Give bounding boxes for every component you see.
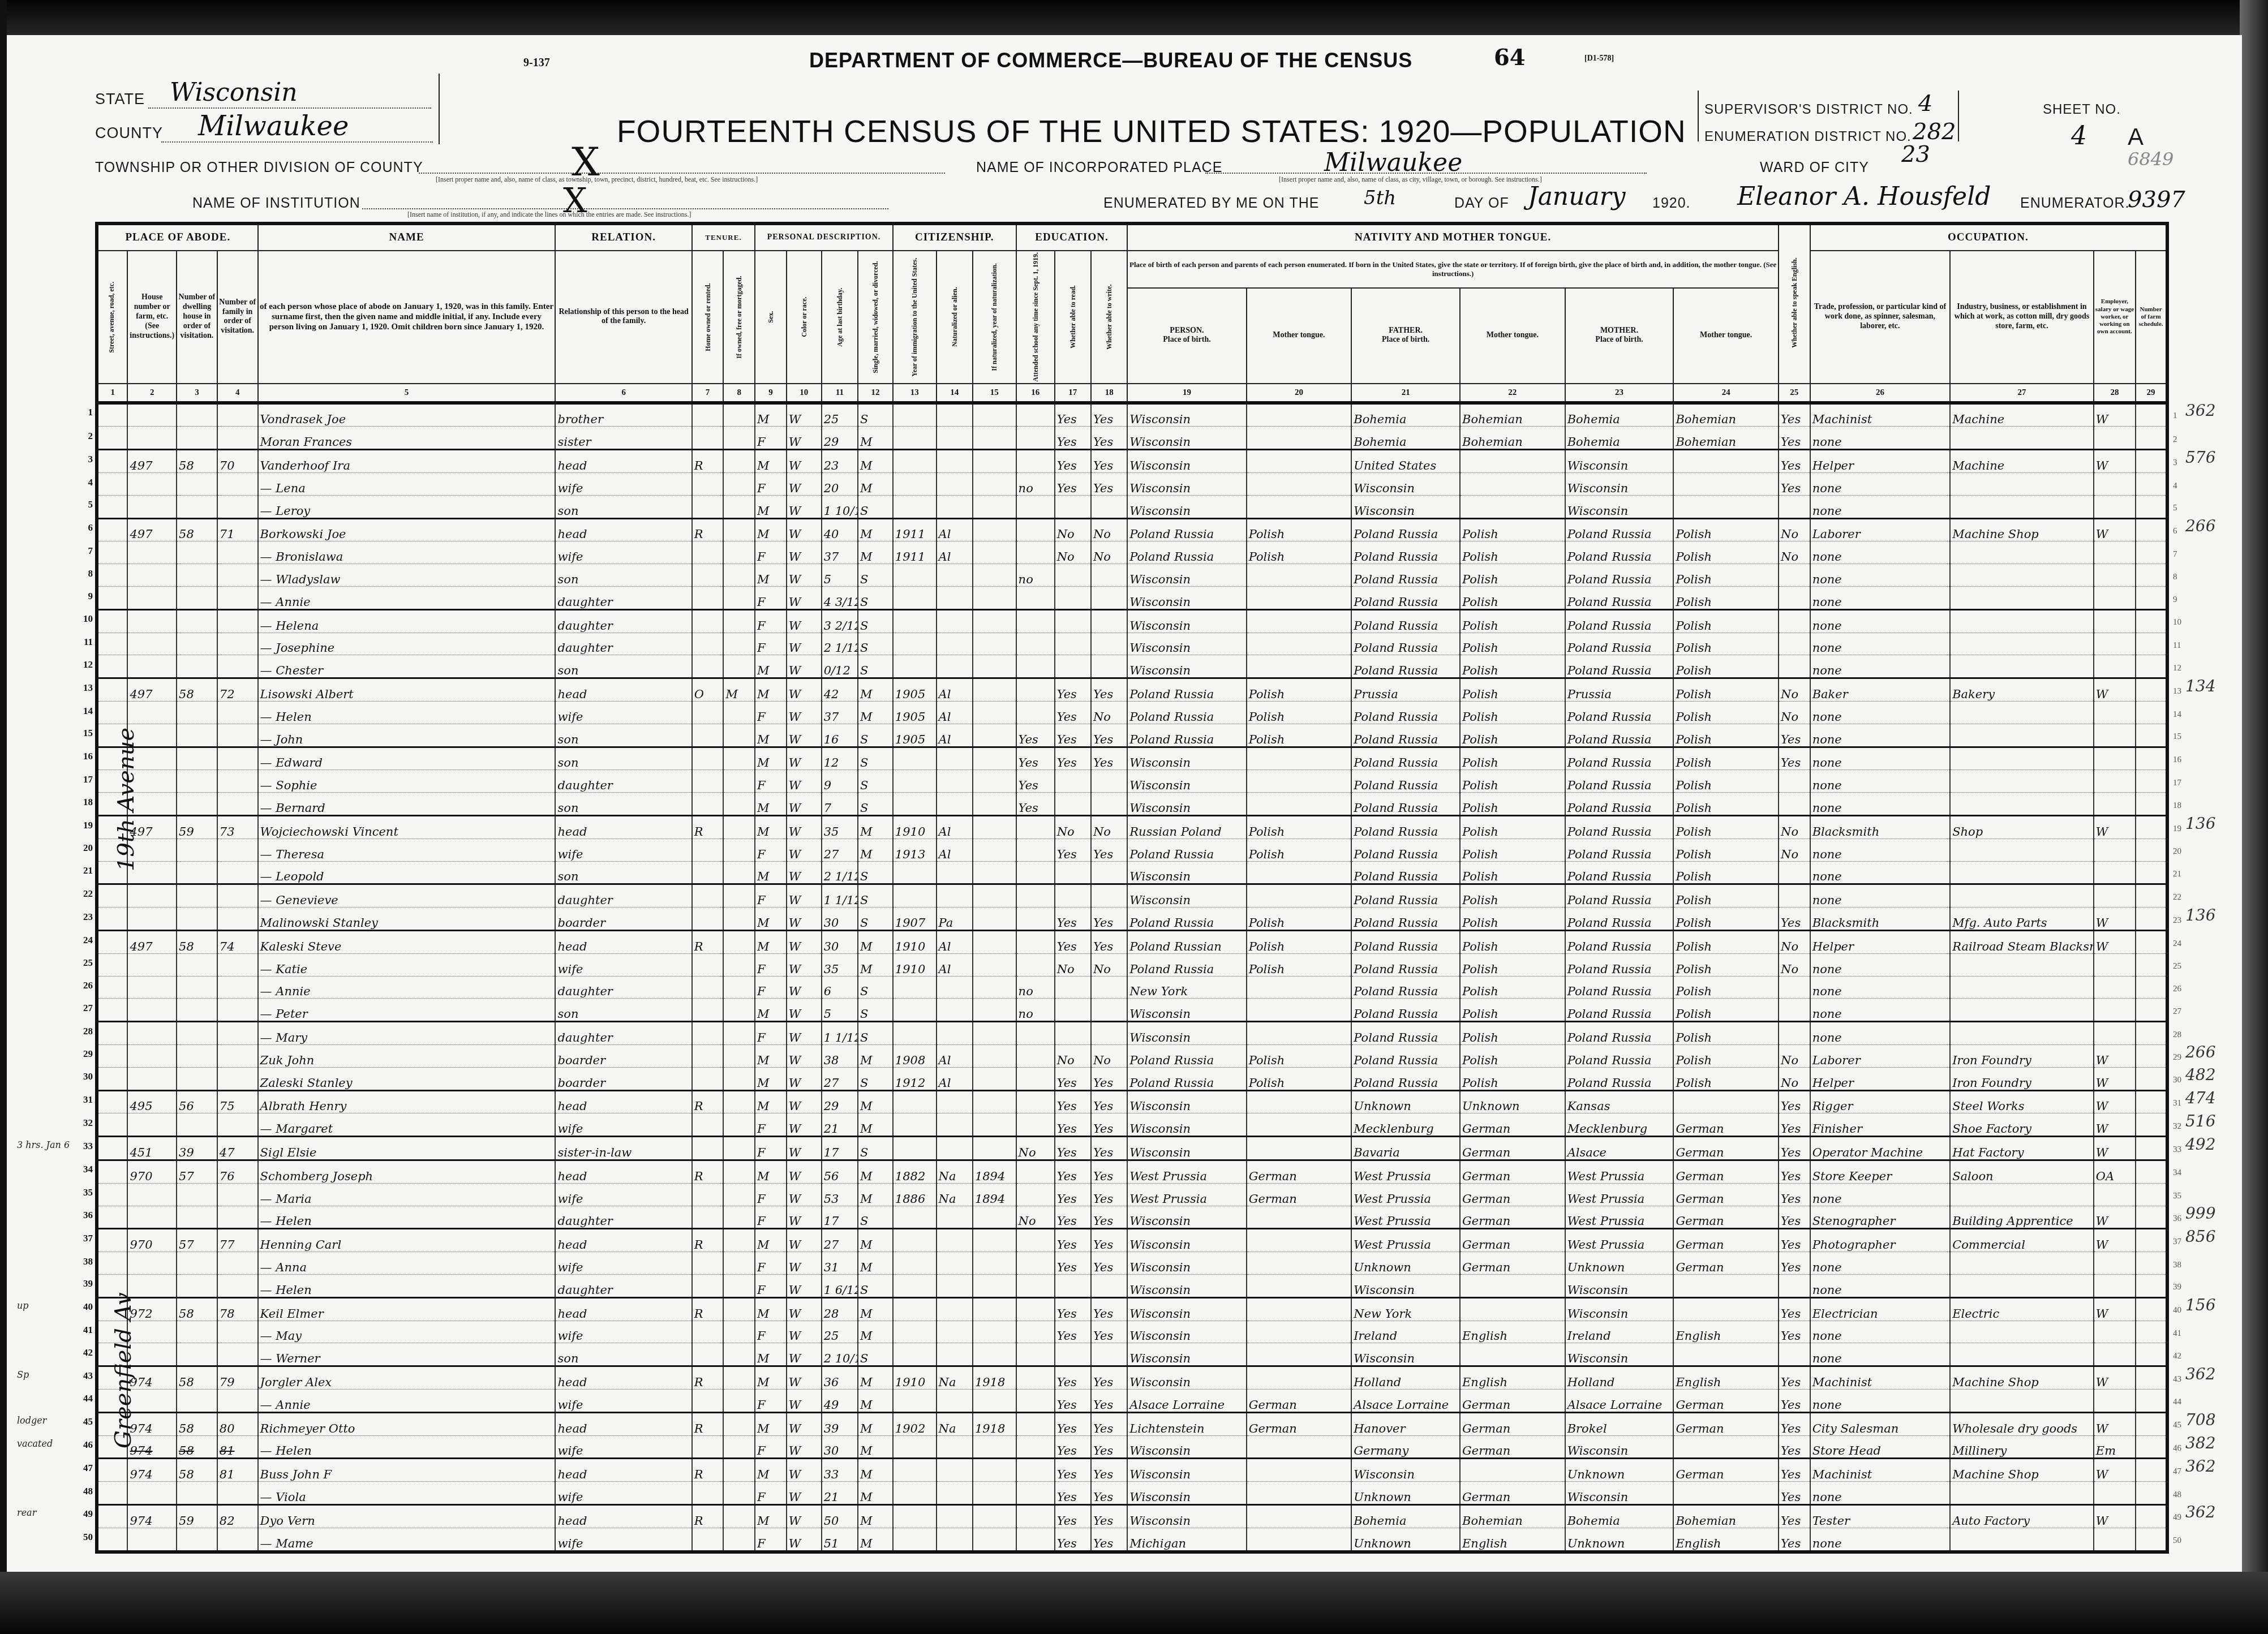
age-cell: 2 1/12 — [822, 861, 858, 884]
farm-schedule-cell — [2136, 1297, 2167, 1321]
employer-class-cell — [2094, 953, 2136, 976]
home-tenure-cell: R — [692, 1504, 724, 1528]
write-cell — [1091, 1343, 1127, 1366]
birthplace-cell: Wisconsin — [1127, 450, 1246, 473]
mother-mother-tongue-cell: Polish — [1673, 609, 1779, 633]
street-cell — [97, 541, 127, 564]
mother-mother-tongue-cell: Polish — [1673, 953, 1779, 976]
read-cell: No — [1055, 816, 1091, 839]
speaks-english-cell: Yes — [1779, 1459, 1810, 1482]
read-cell: Yes — [1055, 678, 1091, 702]
father-birthplace-cell: Prussia — [1351, 678, 1460, 702]
marital-status-cell: M — [858, 1252, 893, 1275]
immigration-year-cell — [893, 1229, 937, 1252]
school-cell — [1016, 1321, 1055, 1343]
father-tongue-cell: German — [1460, 1183, 1565, 1206]
naturalization-cell — [937, 1482, 973, 1505]
father-birthplace-cell: Bohemia — [1351, 427, 1460, 450]
naturalization-cell — [937, 793, 973, 816]
mother-birthplace-cell: Poland Russia — [1565, 747, 1674, 770]
home-tenure-cell — [692, 427, 724, 450]
mortgage-cell — [723, 1183, 755, 1206]
street-cell — [97, 1090, 127, 1113]
read-cell: Yes — [1055, 1435, 1091, 1459]
age-cell: 1 1/12 — [822, 1022, 858, 1045]
line-number: 32 — [74, 1117, 93, 1129]
street-cell — [97, 976, 127, 999]
school-cell — [1016, 1229, 1055, 1252]
age-cell: 12 — [822, 747, 858, 770]
father-tongue-cell: German — [1460, 1137, 1565, 1160]
home-tenure-cell — [692, 495, 724, 518]
house-number-cell — [127, 427, 177, 450]
line-number-right: 37 — [2173, 1237, 2181, 1247]
header-age: Age at last birthday. — [822, 251, 858, 384]
school-cell — [1016, 403, 1055, 427]
mother-birthplace-cell: Poland Russia — [1565, 861, 1674, 884]
naturalization-year-cell — [973, 564, 1016, 587]
naturalization-year-cell — [973, 1229, 1016, 1252]
street-cell — [97, 1528, 127, 1551]
read-cell — [1055, 1343, 1091, 1366]
street-cell — [97, 564, 127, 587]
relation-cell: head — [555, 1412, 691, 1435]
line-number-right: 2 — [2173, 435, 2177, 445]
marital-status-cell: M — [858, 541, 893, 564]
mother-mother-tongue-cell: Polish — [1673, 587, 1779, 610]
employer-class-cell: W — [2094, 1206, 2136, 1229]
farm-schedule-cell — [2136, 450, 2167, 473]
age-cell: 3 2/12 — [822, 609, 858, 633]
immigration-year-cell — [893, 1389, 937, 1412]
father-tongue-cell: Polish — [1460, 793, 1565, 816]
line-number: 39 — [74, 1278, 93, 1289]
line-number: 13 — [74, 682, 93, 694]
line-number: 42 — [74, 1347, 93, 1358]
relation-cell: wife — [555, 473, 691, 496]
mother-mother-tongue-cell: Polish — [1673, 633, 1779, 655]
mortgage-cell — [723, 770, 755, 793]
farm-schedule-cell — [2136, 427, 2167, 450]
mortgage-cell — [723, 1528, 755, 1551]
father-tongue-cell: German — [1460, 1229, 1565, 1252]
race-cell: W — [787, 1206, 822, 1229]
industry-cell: Millinery — [1950, 1435, 2094, 1459]
birthplace-cell: Russian Poland — [1127, 816, 1246, 839]
person-name-cell: — Leroy — [258, 495, 556, 518]
father-birthplace-cell: Unknown — [1351, 1252, 1460, 1275]
race-cell: W — [787, 838, 822, 861]
read-cell: Yes — [1055, 1366, 1091, 1390]
trade-cell: none — [1810, 838, 1950, 861]
naturalization-cell — [937, 770, 973, 793]
marital-status-cell: M — [858, 1229, 893, 1252]
house-number-cell — [127, 495, 177, 518]
house-number-cell: 497 — [127, 678, 177, 702]
write-cell: Yes — [1091, 1206, 1127, 1229]
person-name-cell: — Helen — [258, 702, 556, 724]
speaks-english-cell: Yes — [1779, 1389, 1810, 1412]
birthplace-cell: Wisconsin — [1127, 884, 1246, 908]
father-birthplace-cell: Unknown — [1351, 1090, 1460, 1113]
mother-mother-tongue-cell: English — [1673, 1366, 1779, 1390]
sex-cell: M — [755, 1067, 787, 1090]
read-cell: Yes — [1055, 1504, 1091, 1528]
dwelling-number-cell — [177, 1528, 217, 1551]
line-number-right: 48 — [2173, 1490, 2181, 1500]
person-name-cell: — Bronislawa — [258, 541, 556, 564]
column-number: 15 — [973, 384, 1016, 403]
farm-schedule-cell — [2136, 747, 2167, 770]
write-cell — [1091, 564, 1127, 587]
age-cell: 9 — [822, 770, 858, 793]
employer-class-cell: W — [2094, 1459, 2136, 1482]
family-number-cell — [217, 1528, 258, 1551]
person-name-cell: — Josephine — [258, 633, 556, 655]
father-tongue-cell: Polish — [1460, 816, 1565, 839]
line-number: 27 — [74, 1003, 93, 1014]
employer-class-cell: W — [2094, 1067, 2136, 1090]
mother-mother-tongue-cell: German — [1673, 1459, 1779, 1482]
occupation-code: 362 — [2185, 1457, 2215, 1476]
father-tongue-cell: Polish — [1460, 609, 1565, 633]
mother-birthplace-cell: Wisconsin — [1565, 1297, 1674, 1321]
house-number-cell — [127, 999, 177, 1022]
industry-cell — [1950, 633, 2094, 655]
naturalization-year-cell — [973, 609, 1016, 633]
trade-cell: none — [1810, 1022, 1950, 1045]
marital-status-cell: S — [858, 1022, 893, 1045]
family-number-cell — [217, 1482, 258, 1505]
naturalization-cell — [937, 747, 973, 770]
write-cell: Yes — [1091, 838, 1127, 861]
marital-status-cell: M — [858, 1504, 893, 1528]
farm-schedule-cell — [2136, 678, 2167, 702]
column-number: 5 — [258, 384, 556, 403]
birthplace-cell: West Prussia — [1127, 1183, 1246, 1206]
mother-tongue-cell: Polish — [1247, 838, 1352, 861]
person-name-cell: — Margaret — [258, 1113, 556, 1137]
age-cell: 37 — [822, 702, 858, 724]
speaks-english-cell: Yes — [1779, 1090, 1810, 1113]
mother-mother-tongue-cell: English — [1673, 1321, 1779, 1343]
home-tenure-cell — [692, 724, 724, 747]
write-cell: No — [1091, 702, 1127, 724]
dwelling-number-cell: 58 — [177, 1297, 217, 1321]
house-number-cell — [127, 1113, 177, 1137]
school-cell: no — [1016, 999, 1055, 1022]
age-cell: 4 3/12 — [822, 587, 858, 610]
birthplace-cell: Wisconsin — [1127, 473, 1246, 496]
person-name-cell: Dyo Vern — [258, 1504, 556, 1528]
mortgage-cell — [723, 724, 755, 747]
naturalization-cell: Na — [937, 1183, 973, 1206]
line-number-right: 3 — [2173, 458, 2177, 468]
school-cell — [1016, 633, 1055, 655]
marital-status-cell: S — [858, 999, 893, 1022]
dwelling-number-cell — [177, 976, 217, 999]
naturalization-cell — [937, 1137, 973, 1160]
farm-schedule-cell — [2136, 1459, 2167, 1482]
father-birthplace-cell: Wisconsin — [1351, 1343, 1460, 1366]
mother-mother-tongue-cell: English — [1673, 1528, 1779, 1551]
naturalization-cell: Al — [937, 541, 973, 564]
line-number-right: 17 — [2173, 779, 2181, 788]
mother-birthplace-cell: West Prussia — [1565, 1183, 1674, 1206]
school-cell — [1016, 427, 1055, 450]
column-number: 22 — [1460, 384, 1565, 403]
trade-cell: none — [1810, 541, 1950, 564]
mother-tongue-cell — [1247, 770, 1352, 793]
father-birthplace-cell: Poland Russia — [1351, 609, 1460, 633]
trade-cell: Baker — [1810, 678, 1950, 702]
naturalization-cell — [937, 1343, 973, 1366]
occupation-code: 136 — [2185, 814, 2215, 833]
age-cell: 27 — [822, 1229, 858, 1252]
header-name-description: of each person whose place of abode on J… — [258, 251, 556, 384]
farm-schedule-cell — [2136, 1504, 2167, 1528]
race-cell: W — [787, 702, 822, 724]
family-number-cell: 79 — [217, 1366, 258, 1390]
birthplace-cell: Wisconsin — [1127, 609, 1246, 633]
family-number-cell — [217, 908, 258, 931]
occupation-code: 266 — [2185, 1043, 2215, 1061]
mother-mother-tongue-cell: Bohemian — [1673, 427, 1779, 450]
census-row: — MarydaughterFW1 1/12SWisconsinPoland R… — [97, 1022, 2167, 1045]
read-cell: Yes — [1055, 1412, 1091, 1435]
school-cell — [1016, 1528, 1055, 1551]
farm-schedule-cell — [2136, 702, 2167, 724]
age-cell: 23 — [822, 450, 858, 473]
person-name-cell: — Helena — [258, 609, 556, 633]
census-population-table: PLACE OF ABODE. NAME RELATION. TENURE. P… — [95, 222, 2169, 1554]
home-tenure-cell — [692, 702, 724, 724]
relation-cell: son — [555, 495, 691, 518]
header-free-mortgaged: If owned, free or mortgaged. — [723, 251, 755, 384]
farm-schedule-cell — [2136, 1206, 2167, 1229]
line-number: 2 — [74, 431, 93, 442]
age-cell: 35 — [822, 953, 858, 976]
house-number-cell — [127, 1206, 177, 1229]
read-cell — [1055, 793, 1091, 816]
relation-cell: wife — [555, 1435, 691, 1459]
naturalization-cell: Al — [937, 816, 973, 839]
street-cell — [97, 427, 127, 450]
street-cell — [97, 1206, 127, 1229]
street-cell — [97, 495, 127, 518]
family-number-cell — [217, 976, 258, 999]
trade-cell: none — [1810, 747, 1950, 770]
state-county-box-edge — [439, 74, 440, 144]
mother-mother-tongue-cell: German — [1673, 1113, 1779, 1137]
mother-tongue-cell — [1247, 1113, 1352, 1137]
read-cell: No — [1055, 1044, 1091, 1067]
birthplace-cell: Wisconsin — [1127, 747, 1246, 770]
race-cell: W — [787, 908, 822, 931]
mother-mother-tongue-cell: Polish — [1673, 838, 1779, 861]
occupation-code: 266 — [2185, 517, 2215, 535]
line-number: 4 — [74, 477, 93, 488]
father-tongue-cell — [1460, 495, 1565, 518]
age-cell: 2 10/12 — [822, 1343, 858, 1366]
race-cell: W — [787, 816, 822, 839]
relation-cell: boarder — [555, 1067, 691, 1090]
house-number-cell — [127, 473, 177, 496]
school-cell — [1016, 1459, 1055, 1482]
school-cell — [1016, 931, 1055, 954]
birthplace-cell: Wisconsin — [1127, 1137, 1246, 1160]
dwelling-number-cell: 58 — [177, 1412, 217, 1435]
immigration-year-cell: 1913 — [893, 838, 937, 861]
dwelling-number-cell — [177, 633, 217, 655]
father-tongue-cell — [1460, 1343, 1565, 1366]
industry-cell — [1950, 1343, 2094, 1366]
census-row: — MariawifeFW53M1886Na1894YesYesWest Pru… — [97, 1183, 2167, 1206]
mother-tongue-cell — [1247, 1090, 1352, 1113]
home-tenure-cell — [692, 1274, 724, 1297]
person-name-cell: — Maria — [258, 1183, 556, 1206]
age-cell: 17 — [822, 1137, 858, 1160]
sex-cell: M — [755, 1343, 787, 1366]
census-row: — TheresawifeFW27M1913AlYesYesPoland Rus… — [97, 838, 2167, 861]
trade-cell: none — [1810, 702, 1950, 724]
read-cell: Yes — [1055, 1528, 1091, 1551]
industry-cell — [1950, 655, 2094, 678]
read-cell: Yes — [1055, 1229, 1091, 1252]
father-tongue-cell — [1460, 1274, 1565, 1297]
industry-cell — [1950, 838, 2094, 861]
father-tongue-cell: Polish — [1460, 587, 1565, 610]
mother-mother-tongue-cell: Polish — [1673, 702, 1779, 724]
employer-class-cell — [2094, 633, 2136, 655]
line-number-right: 14 — [2173, 710, 2181, 720]
school-cell — [1016, 541, 1055, 564]
house-number-cell: 495 — [127, 1090, 177, 1113]
father-birthplace-cell: West Prussia — [1351, 1206, 1460, 1229]
father-tongue-cell: Polish — [1460, 747, 1565, 770]
immigration-year-cell — [893, 976, 937, 999]
age-cell: 25 — [822, 403, 858, 427]
speaks-english-cell: Yes — [1779, 1412, 1810, 1435]
naturalization-cell: Al — [937, 678, 973, 702]
enumerated-label: ENUMERATED BY ME ON THE — [1103, 195, 1319, 212]
race-cell: W — [787, 495, 822, 518]
census-row: — KatiewifeFW35M1910AlNoNoPoland RussiaP… — [97, 953, 2167, 976]
mother-mother-tongue-cell: Bohemian — [1673, 403, 1779, 427]
marital-status-cell: M — [858, 1090, 893, 1113]
home-tenure-cell — [692, 747, 724, 770]
industry-cell — [1950, 999, 2094, 1022]
naturalization-year-cell — [973, 861, 1016, 884]
naturalization-year-cell: 1918 — [973, 1412, 1016, 1435]
mother-birthplace-cell: Prussia — [1565, 678, 1674, 702]
employer-class-cell — [2094, 770, 2136, 793]
mortgage-cell — [723, 1504, 755, 1528]
birthplace-cell: Wisconsin — [1127, 587, 1246, 610]
mother-tongue-cell: Polish — [1247, 702, 1352, 724]
father-birthplace-cell: Mecklenburg — [1351, 1113, 1460, 1137]
person-name-cell: Vondrasek Joe — [258, 403, 556, 427]
trade-cell: Laborer — [1810, 1044, 1950, 1067]
birthplace-cell: Wisconsin — [1127, 655, 1246, 678]
school-cell — [1016, 1297, 1055, 1321]
home-tenure-cell: R — [692, 1297, 724, 1321]
mother-tongue-cell: German — [1247, 1183, 1352, 1206]
read-cell: Yes — [1055, 1297, 1091, 1321]
column-number: 13 — [893, 384, 937, 403]
dwelling-number-cell: 59 — [177, 816, 217, 839]
census-row: — LenawifeFW20MnoYesYesWisconsinWisconsi… — [97, 473, 2167, 496]
home-tenure-cell: R — [692, 1459, 724, 1482]
marital-status-cell: S — [858, 747, 893, 770]
street-cell — [97, 473, 127, 496]
immigration-year-cell — [893, 633, 937, 655]
header-naturalization-year: If naturalized, year of naturalization. — [973, 251, 1016, 384]
mortgage-cell — [723, 1297, 755, 1321]
naturalization-cell — [937, 1321, 973, 1343]
person-name-cell: — Theresa — [258, 838, 556, 861]
race-cell: W — [787, 1504, 822, 1528]
read-cell: Yes — [1055, 931, 1091, 954]
home-tenure-cell — [692, 1528, 724, 1551]
birthplace-cell: Wisconsin — [1127, 1206, 1246, 1229]
column-number: 1 — [97, 384, 127, 403]
home-tenure-cell — [692, 564, 724, 587]
employer-class-cell: W — [2094, 908, 2136, 931]
census-row: — ChestersonMW0/12SWisconsinPoland Russi… — [97, 655, 2167, 678]
mother-birthplace-cell: Poland Russia — [1565, 999, 1674, 1022]
mother-birthplace-cell: Bohemia — [1565, 1504, 1674, 1528]
house-number-cell — [127, 976, 177, 999]
census-row: — JohnsonMW16S1905AlYesYesYesPoland Russ… — [97, 724, 2167, 747]
mother-tongue-cell — [1247, 747, 1352, 770]
sex-cell: M — [755, 999, 787, 1022]
enumerator-signature: Eleanor A. Housfeld — [1737, 182, 1991, 211]
father-birthplace-cell: Wisconsin — [1351, 1459, 1460, 1482]
line-number: 33 — [74, 1141, 93, 1152]
family-number-cell — [217, 747, 258, 770]
birthplace-cell: Wisconsin — [1127, 427, 1246, 450]
immigration-year-cell — [893, 1252, 937, 1275]
header-industry: Industry, business, or establishment in … — [1950, 251, 2094, 384]
line-number-right: 43 — [2173, 1375, 2181, 1384]
father-birthplace-cell: West Prussia — [1351, 1160, 1460, 1183]
family-number-cell: 73 — [217, 816, 258, 839]
mother-tongue-cell: Polish — [1247, 953, 1352, 976]
naturalization-cell — [937, 1229, 973, 1252]
mortgage-cell — [723, 1229, 755, 1252]
line-number: 40 — [74, 1301, 93, 1313]
naturalization-cell — [937, 450, 973, 473]
sex-cell: M — [755, 655, 787, 678]
age-cell: 6 — [822, 976, 858, 999]
census-row: 4975874Kaleski SteveheadRMW30M1910AlYesY… — [97, 931, 2167, 954]
speaks-english-cell: Yes — [1779, 908, 1810, 931]
mother-tongue-cell: Polish — [1247, 724, 1352, 747]
house-number-cell: 970 — [127, 1229, 177, 1252]
farm-schedule-cell — [2136, 770, 2167, 793]
person-name-cell: Richmeyer Otto — [258, 1412, 556, 1435]
dwelling-number-cell — [177, 770, 217, 793]
census-row: — WladyslawsonMW5SnoWisconsinPoland Russ… — [97, 564, 2167, 587]
mother-tongue-cell — [1247, 655, 1352, 678]
speaks-english-cell: No — [1779, 838, 1810, 861]
census-row: — AnniedaughterFW6SnoNew YorkPoland Russ… — [97, 976, 2167, 999]
house-number-cell: 497 — [127, 450, 177, 473]
school-cell — [1016, 1044, 1055, 1067]
naturalization-year-cell — [973, 1528, 1016, 1551]
line-number: 17 — [74, 774, 93, 785]
